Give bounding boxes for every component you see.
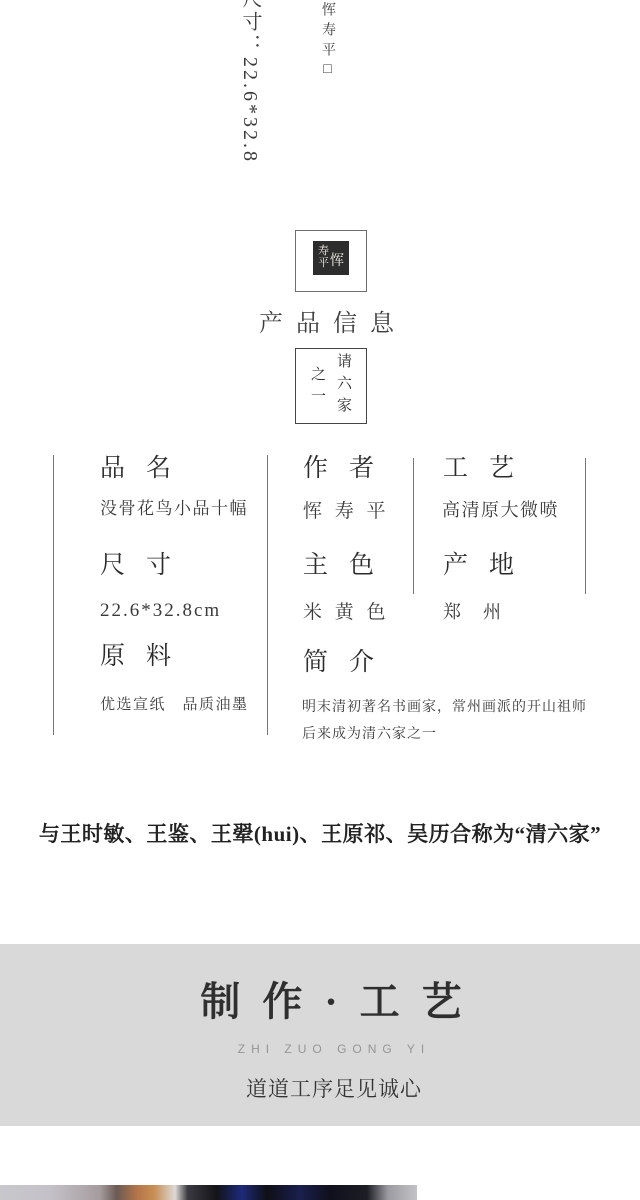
field-label-intro: 简介 [303,648,395,678]
craft-section-tagline: 道道工序足见诚心 [27,1073,640,1103]
seal-left-column: 寿 平 [318,245,329,269]
field-value-main-color: 米 黄 色 [303,602,390,625]
seal-frame: 寿 平 恽 [295,230,367,292]
field-label-material: 原料 [100,642,192,672]
intro-line-1: 明末清初著名书画家，常州画派的开山祖师 [302,694,587,721]
seal-char-ping: 平 [318,257,329,269]
intro-line-2: 后来成为清六家之一 [302,721,587,748]
craft-section-subtitle: ZHI ZUO GONG YI [27,1042,640,1056]
field-label-product-name: 品名 [100,454,192,484]
field-label-main-color: 主色 [303,551,395,581]
table-border-left [53,455,54,735]
series-text-right: 请六家 [330,353,356,419]
field-label-size: 尺寸 [100,551,192,581]
series-box: 请六家 之一 [295,348,367,424]
field-value-size: 22.6*32.8cm [100,600,221,623]
field-label-craft: 工艺 [443,454,535,484]
field-value-material: 优选宣纸 品质油墨 [100,696,249,714]
craft-section-band: 制 作 · 工 艺 ZHI ZUO GONG YI 道道工序足见诚心 [0,944,640,1126]
field-value-author: 恽 寿 平 [303,501,390,524]
vertical-size-caption: 尺寸：22.6*32.8 [236,0,265,164]
field-label-origin: 产地 [443,551,535,581]
table-divider-1 [267,455,268,735]
field-value-craft: 高清原大微喷 [442,500,559,522]
artist-seal: 寿 平 恽 [313,241,349,275]
product-detail-page: 尺寸：22.6*32.8 恽寿平□ 寿 平 恽 产品信息 请六家 之一 品名 没… [0,0,640,1200]
section-title-product-info: 产品信息 [26,303,640,338]
craft-section-title: 制 作 · 工 艺 [27,970,640,1027]
seal-char-yun: 恽 [330,250,344,270]
table-divider-2 [413,458,414,594]
table-border-right [585,458,586,594]
field-label-author: 作者 [303,454,395,484]
craft-photo-edge [0,1185,417,1200]
seal-char-shou: 寿 [318,245,329,257]
field-value-origin: 郑 州 [443,602,503,624]
field-value-intro: 明末清初著名书画家，常州画派的开山祖师 后来成为清六家之一 [302,694,587,748]
field-value-product-name: 没骨花鸟小品十幅 [100,499,248,519]
six-masters-statement: 与王时敏、王鉴、王翚(hui)、王原祁、吴历合称为“清六家” [0,818,640,848]
series-text-left: 之一 [304,366,330,419]
vertical-artist-caption: 恽寿平□ [317,2,337,83]
